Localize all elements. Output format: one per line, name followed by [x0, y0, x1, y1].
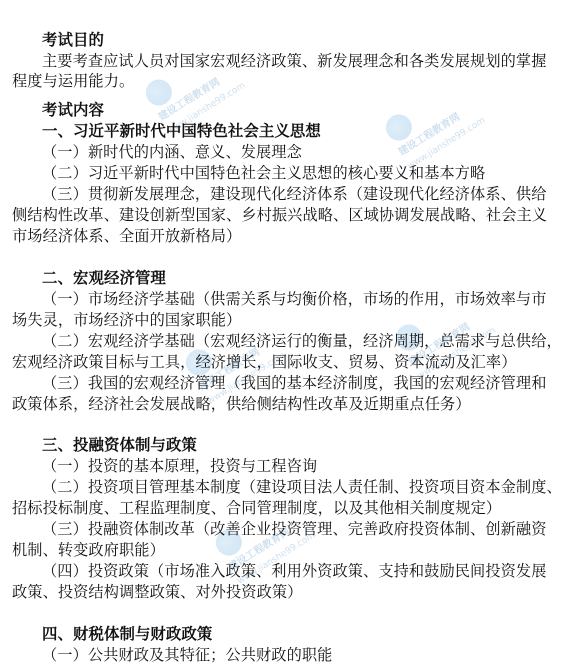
outline-item-cont: 市场经济体系、全面开放新格局）	[12, 226, 241, 246]
watermark-circle-icon	[381, 110, 417, 146]
outline-item-cont: 侧结构性改革、建设创新型国家、乡村振兴战略、区域协调发展战略、社会主义	[12, 205, 547, 225]
watermark-cn: 建设工程教育网	[155, 63, 239, 123]
outline-item: （三）我国的宏观经济管理（我国的基本经济制度，我国的宏观经济管理和	[42, 373, 547, 393]
outline-item-cont: 政策、投资结构调整政策、对外投资政策）	[12, 582, 302, 602]
outline-item: （三）投融资体制改革（改善企业投资管理、完善政府投资体制、创新融资	[42, 519, 547, 539]
part-title: 一、习近平新时代中国特色社会主义思想	[42, 121, 321, 141]
outline-item: （三）贯彻新发展理念，建设现代化经济体系（建设现代化经济体系、供给	[42, 184, 547, 204]
outline-item: （四）投资政策（市场准入政策、利用外资政策、支持和鼓励民间投资发展	[42, 561, 547, 581]
watermark-cn: 建设工程教育网	[395, 98, 479, 158]
part-title: 三、投融资体制与政策	[42, 435, 197, 455]
outline-item-cont: 宏观经济政策目标与工具，经济增长，国际收支、贸易、资本流动及汇率）	[12, 352, 517, 372]
watermark-logo: 建设工程教育网www.jianshe99.com	[381, 76, 489, 174]
outline-item-cont: 政策体系，经济社会发展战略，供给侧结构性改革及近期重点任务）	[12, 394, 471, 414]
part-title: 二、宏观经济管理	[42, 268, 166, 288]
outline-item: （二）宏观经济学基础（宏观经济运行的衡量，经济周期，总需求与总供给，	[42, 331, 562, 351]
outline-item: （二）投资项目管理基本制度（建设项目法人责任制、投资项目资本金制度、	[42, 477, 562, 497]
outline-item-cont: 场失灵，市场经济中的国家职能）	[12, 310, 241, 330]
purpose-text-line: 程度与运用能力。	[12, 71, 134, 91]
outline-item: （一）市场经济学基础（供需关系与均衡价格，市场的作用，市场效率与市	[42, 289, 547, 309]
part-title: 四、财税体制与财政政策	[42, 624, 212, 644]
outline-item: （一）公共财政及其特征；公共财政的职能	[42, 645, 332, 664]
outline-item: （一）投资的基本原理，投资与工程咨询	[42, 456, 317, 476]
section-heading-purpose: 考试目的	[42, 30, 104, 50]
watermark-circle-icon	[141, 75, 177, 111]
outline-item-cont: 招标投标制度、工程监理制度、合同管理制度，以及其他相关制度规定）	[12, 498, 501, 518]
outline-item-cont: 机制、转变政府职能）	[12, 540, 165, 560]
purpose-text-line: 主要考查应试人员对国家宏观经济政策、新发展理念和各类发展规划的掌握	[42, 51, 547, 71]
section-heading-content: 考试内容	[42, 100, 104, 120]
outline-item: （二）习近平新时代中国特色社会主义思想的核心要义和基本方略	[42, 163, 485, 183]
outline-item: （一）新时代的内涵、意义、发展理念	[42, 142, 302, 162]
